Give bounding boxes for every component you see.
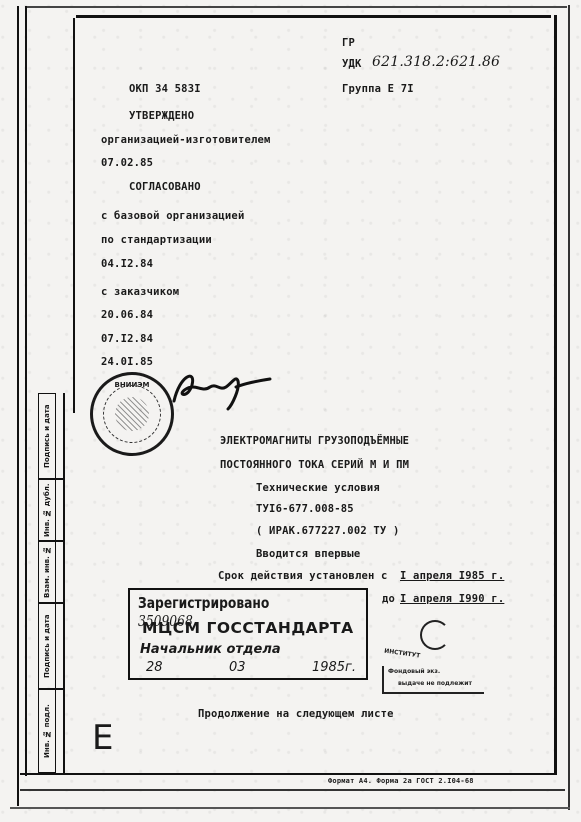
frame-bottom-1 (20, 773, 557, 775)
valid-from: I апреля I985 г. (400, 570, 504, 582)
seal-emblem-icon (115, 397, 149, 431)
corner-letter: Е (92, 718, 113, 758)
stamp-month: 03 (229, 660, 246, 675)
customer-date-2: 07.I2.84 (101, 333, 153, 345)
group: Группа Е 7I (342, 83, 414, 95)
frame-inner-left (25, 6, 27, 776)
seal-text: ВНИИЭМ (93, 381, 171, 389)
validity-label: Срок действия установлен с (218, 570, 388, 582)
side-column-divider (63, 393, 65, 773)
frame-top (27, 6, 567, 8)
frame-far-right (568, 5, 570, 810)
format-footer: Формат А4. Форма 2а ГОСТ 2.I04-68 (328, 777, 474, 785)
valid-to-label: до (382, 593, 395, 605)
spec-code: ТУI6-677.008-85 (256, 503, 354, 515)
okp-code: ОКП 34 583I (129, 83, 201, 95)
approved-by: организацией-изготовителем (101, 134, 271, 146)
frame-outer-left (17, 6, 19, 806)
customer-date-3: 24.0I.85 (101, 356, 153, 368)
customer-label: с заказчиком (101, 286, 179, 298)
side-label-replace-inv: Взам. инв. № (38, 542, 56, 602)
fund-stamp-line2: Фондовый экз. (388, 668, 440, 675)
approved-date: 07.02.85 (101, 157, 153, 169)
stamp-date: 28 03 1985г. (146, 660, 356, 675)
side-label-signature-date-1: Подпись и дата (38, 395, 56, 477)
agreed-org-date: 04.I2.84 (101, 258, 153, 270)
approved-title: УТВЕРЖДЕНО (129, 110, 194, 122)
stamp-head-label: Начальник отдела (140, 642, 281, 657)
signature-icon (166, 365, 276, 415)
stamp-org: МЦСМ ГОССТАНДАРТА (142, 619, 354, 637)
stamp-registered-label: Зарегистрировано (138, 594, 269, 612)
customer-date-1: 20.06.84 (101, 309, 153, 321)
title-line-1: ЭЛЕКТРОМАГНИТЫ ГРУЗОПОДЪЁМНЫЕ (220, 435, 409, 447)
agreed-org-line1: с базовой организацией (101, 210, 244, 222)
frame-page-top (76, 15, 551, 18)
mark: ГР (342, 37, 355, 49)
valid-to: I апреля I990 г. (400, 593, 504, 605)
frame-bottom-3 (10, 807, 570, 809)
stamp-day: 28 (146, 660, 163, 675)
spec-code-alt: ( ИРАК.677227.002 ТУ ) (256, 525, 399, 537)
side-label-signature-date-2: Подпись и дата (38, 604, 56, 688)
subtitle: Технические условия (256, 482, 380, 494)
side-label-dup-inv: Инв. № дубл. (38, 480, 56, 540)
udk-label: УДК (342, 58, 362, 70)
fund-stamp-line3: выдаче не подлежит (398, 680, 472, 687)
udk-value: 621.318.2:621.86 (372, 54, 500, 70)
stamp-crescent-icon (420, 620, 450, 650)
frame-page-left (73, 18, 75, 413)
round-seal: ВНИИЭМ (90, 372, 174, 456)
agreed-org-line2: по стандартизации (101, 234, 212, 246)
side-label-orig-inv: Инв. № подл. (38, 690, 56, 772)
title-line-2: ПОСТОЯННОГО ТОКА СЕРИЙ М И ПМ (220, 459, 409, 471)
registration-stamp: Зарегистрировано 3509068 МЦСМ ГОССТАНДАР… (128, 588, 368, 680)
introduced-note: Вводится впервые (256, 548, 360, 560)
scan-noise (0, 0, 581, 822)
fund-stamp: ИНСТИТУТ Фондовый экз. выдаче не подлежи… (380, 612, 490, 698)
frame-bottom-2 (20, 789, 565, 791)
fund-stamp-line1: ИНСТИТУТ (384, 648, 421, 660)
agreed-title: СОГЛАСОВАНО (129, 181, 201, 193)
continuation-note: Продолжение на следующем листе (198, 708, 394, 720)
stamp-year: 1985г. (312, 660, 356, 675)
frame-page-right (554, 15, 557, 775)
